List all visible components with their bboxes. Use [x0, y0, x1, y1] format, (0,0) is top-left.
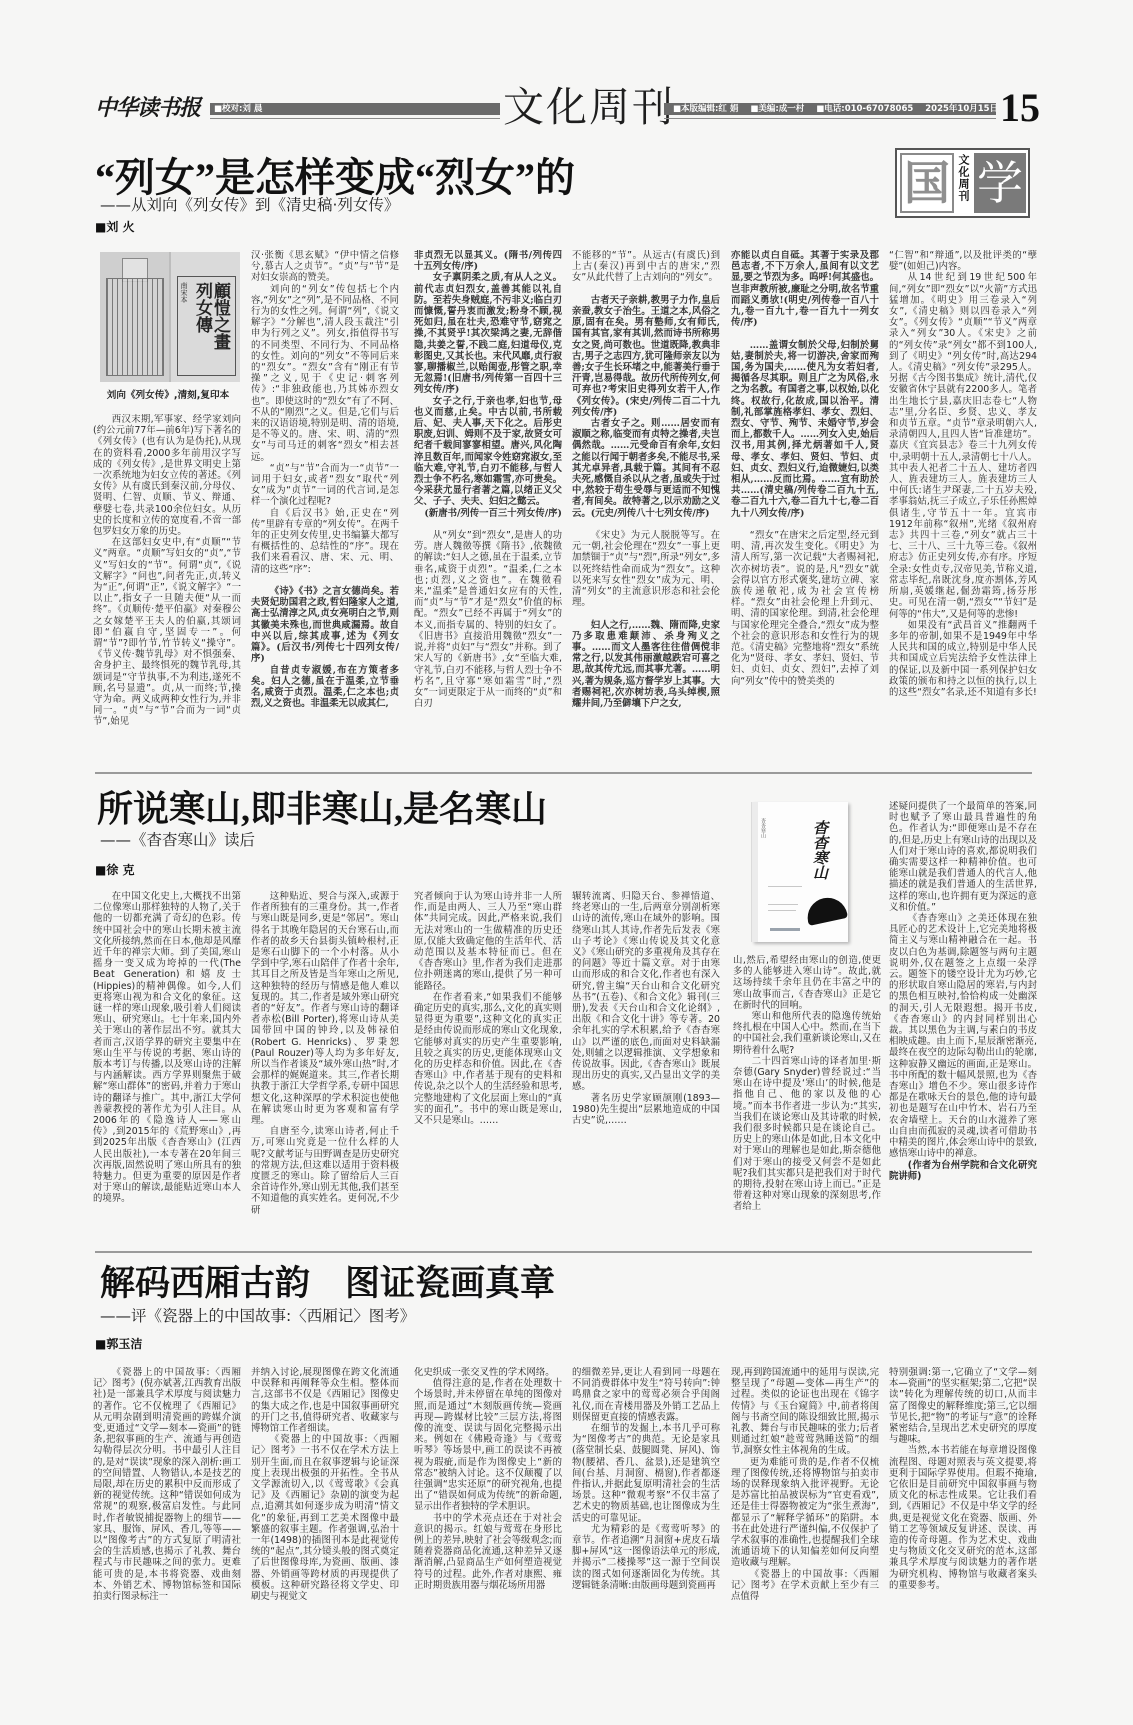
page-number: 15 — [1000, 86, 1040, 130]
paragraph: 更为难能可贵的是,作者不仅梳理了图像传统,还将博物馆与拍卖市场的误释现象纳入批评… — [731, 1457, 879, 1569]
issue-date: 2025年10月15日 — [925, 104, 996, 114]
quoted-preface: 女子之行,于亲也孝,妇也节,母也义而慈,止矣。中古以前,书所载后、妃、夫人事,天… — [414, 396, 562, 508]
paragraph: 从14世纪到19世纪500年间,“列女”即“烈女”以“火箭”方式迅猛增加。《明史… — [889, 272, 1037, 619]
paragraph: 的细微差异,更让人看到同一母题在不同消费群体中发生“符号转向”:钟鸣鼎食之家中的… — [572, 1367, 720, 1423]
logo-guo-char: 国 — [900, 153, 954, 213]
book-cover-title: 杳杳寒山 — [812, 820, 828, 880]
paragraph: 在作者看来,“如果我们不能够确定历史的真实,那么,文化的真实则显得更为重要”,这… — [414, 992, 562, 1126]
cover-text-line — [768, 886, 802, 887]
phone-credit: ■电话:010-67078065 — [816, 104, 913, 114]
article-1-column-5: 亦能以贞白自砥。其著于实录及郡邑志者,不下万余人,虽间有以文艺显,要之节烈为多。… — [731, 250, 879, 758]
paragraph: 从“列女”到“烈女”,是唐人的功劳。唐人魏徵等撰《隋书》,依魏徵的解读:“妇人之… — [414, 530, 562, 709]
article-2-subtitle: ——《杳杳寒山》读后 — [100, 831, 255, 849]
article-2-column-3: 究者倾向于认为寒山诗并非一人所作,而是由两人、三人乃至“寒山群体”共同完成。因此… — [414, 891, 562, 1235]
header-rule-right — [664, 118, 996, 119]
article-1-column-3: 非贞烈无以显其义。(隋书/列传四十五列女传/序) 女子禀阴柔之质,有从人之义。前… — [414, 250, 562, 758]
quoted-preface: 女子禀阴柔之质,有从人之义。前代志贞妇烈女,盖善其能以礼自防。至若失身贼庭,不污… — [414, 272, 562, 395]
article-1-title: “列女”是怎样变成“烈女”的 — [95, 156, 575, 200]
paragraph: 汉·张衡《思玄赋》“伊中情之信修兮,慕古人之贞节”。“贞”与“节”是对妇女崇高的… — [251, 250, 399, 284]
paragraph: 并纳入讨论,展现图像在跨文化流通中误释和再阐释等众生相。整体而言,这部书不仅是《… — [251, 1367, 399, 1434]
paragraph: 如果没有“武昌首义”推翻两千多年的帝制,如果不是1949年中华人民共和国的成立,… — [889, 620, 1037, 698]
paragraph: 辗转流离、归隐天台、参禅悟道、终老寒山的一生,后两章分别剖析寒山诗的流传,寒山在… — [572, 891, 720, 1093]
paragraph: 书中的学术亮点还在于对社会意识的揭示。红娘与莺莺在身形比例上的差异,映射了社会等… — [414, 1513, 562, 1591]
section-title: 文化周刊 — [503, 84, 675, 130]
article-1-column-2: 汉·张衡《思玄赋》“伊中情之信修兮,慕古人之贞节”。“贞”与“节”是对妇女崇高的… — [251, 250, 399, 758]
book-cover-image: 杳杳寒山 杳杳寒山 — [752, 802, 848, 942]
paragraph: 尤为精彩的是《莺莺听琴》的章节。作者追溯“月洞窗+虎皮石墙脚+屏风”这一图像语法… — [572, 1524, 720, 1591]
editor-credit: ■本版编辑:红 娟 — [673, 104, 738, 114]
paragraph: “仁智”和“辩通”,以及批评类的“孽嬖”(如妲己)内容。 — [889, 250, 1037, 272]
article-divider-1 — [95, 772, 1032, 774]
book-right-page: 顧愷之畫 列女傳 南宋本 — [171, 252, 240, 382]
quoted-preface: 妇人之行,……魏、隋而降,史家乃多取患难颠沛、杀身殉义之事。……而文人墨客往往借… — [572, 620, 720, 710]
page-title-2: 列女傳 — [193, 282, 211, 333]
quoted-preface: 古者天子亲耕,教男子力作,皇后亲蚕,教女子治生。王道之本,风俗之原,固有在矣。男… — [572, 295, 720, 418]
article-1-subtitle: ——从刘向《列女传》到《清史稿·列女传》 — [100, 196, 399, 214]
paragraph: 特别强调:第一,它确立了“文学—刻本—瓷画”的坚实框架;第二,它把“误读”转化为… — [889, 1367, 1037, 1445]
paragraph: 在细节的发掘上,本书几乎可称为“图像考古”的典范。无论是家具(落堂制长桌、鼓腿圆… — [572, 1423, 720, 1524]
quoted-preface: 亦能以贞白自砥。其著于实录及郡邑志者,不下万余人,虽间有以文艺显,要之节烈为多。… — [731, 250, 879, 328]
paragraph: 刘向的“列女”传包括七个内容,“列女”之“列”,是不同品格、不同行为的女性之列。… — [251, 284, 399, 463]
article-2-column-1: 在中国文化史上,大概找不出第二位像寒山那样独特的人物了,关于他的一切都充满了奇幻… — [93, 891, 241, 1235]
article-3-subtitle: ——评《瓷器上的中国故事:〈西厢记〉图考》 — [100, 1307, 415, 1325]
quote-source: (新唐书/列传一百三十列女传/序) — [414, 508, 562, 519]
quoted-preface: ……盖谓女制於父母,妇制於舅姑,妻制於夫,将一切游决,舍家而殉国,务为国夫,……… — [731, 340, 879, 519]
paragraph: “烈女”在唐宋之后定型,经元到明、清,再次发生变化。《明史》为清人所写,第一次记… — [731, 530, 879, 687]
article-divider-2 — [95, 1251, 1032, 1253]
header-rule-left — [210, 118, 500, 119]
page-note: 南宋本 — [180, 282, 188, 303]
paragraph: 二十四首寒山诗的译者加里·斯奈德(Gary Snyder)曾经说过:“当寒山在诗… — [733, 1056, 881, 1213]
page-text-block — [106, 278, 164, 376]
article-3-column-4: 的细微差异,更让人看到同一母题在不同消费群体中发生“符号转向”:钟鸣鼎食之家中的… — [572, 1367, 720, 1619]
paragraph: 《瓷器上的中国故事:〈西厢记〉图考》一书不仅在学术方法上别开生面,而且在叙事逻辑… — [251, 1434, 399, 1602]
paragraph: 究者倾向于认为寒山诗并非一人所作,而是由两人、三人乃至“寒山群体”共同完成。因此… — [414, 891, 562, 992]
paragraph: 山,然后,希望经由寒山的创造,使更多的人能够进入寒山诗”。故此,就这场持续千余年… — [733, 955, 881, 1011]
book-spine-title: 杳杳寒山 — [760, 818, 767, 838]
cover-text-line — [768, 904, 798, 905]
article-2-column-5: 山,然后,希望经由寒山的创造,使更多的人能够进入寒山诗”。故此,就这场持续千余年… — [733, 955, 881, 1235]
paragraph: 在中国文化史上,大概找不出第二位像寒山那样独特的人物了,关于他的一切都充满了奇幻… — [93, 891, 241, 1205]
article-3-title: 解码西厢古韵 图证瓷画真章 — [100, 1264, 555, 1304]
quoted-preface: 古者女子之。则……居安而有淑顺之称,临变而有贞特之操者,夫岂偶然哉。……元受命百… — [572, 418, 720, 519]
article-2-column-6: 述疑问提供了一个最简单的答案,同时也赋予了寒山最具普遍性的角色。作者认为:“即便… — [889, 801, 1037, 1235]
paragraph: 《宋史》为元人脱脱等写。在元一朝,社会伦理在“烈女”一事上更加禁锢于“贞”与“烈… — [572, 530, 720, 608]
article-1-image-caption: 刘向《列女传》,清刻,复印本 — [93, 387, 243, 401]
page-title-1: 顧愷之畫 — [211, 282, 229, 350]
paragraph: 著名历史学家顾颉刚(1893—1980)先生提出“层累地造成的中国古史”说,…… — [572, 1093, 720, 1127]
book-left-page — [100, 252, 169, 382]
paragraph: 当然,本书若能在每章增设图像流程图、母题对照表与英文提要,将更利于国际学界使用。… — [889, 1445, 1037, 1591]
masthead-logo: 中华读书报 — [95, 91, 200, 122]
article-2-byline: ■徐 克 — [95, 861, 135, 878]
quoted-preface: 《诗》《书》之言女德尚矣。若夫贤妃助国君之政,哲妇隆家人之道,高士弘清淳之风,贞… — [251, 586, 399, 664]
paragraph: 述疑问提供了一个最简单的答案,同时也赋予了寒山最具普遍性的角色。作者认为:“即便… — [889, 801, 1037, 913]
proofreader-bar: ■校对:刘 晨 — [210, 103, 500, 115]
article-1-byline: ■刘 火 — [95, 218, 135, 235]
paragraph: 寒山和他所代表的隐逸传统始终扎根在中国人心中。然而,在当下的中国社会,我们重新谈… — [733, 1011, 881, 1056]
cold-rock-cutout — [804, 894, 848, 926]
paragraph: “贞”与“节”合而为一“贞节”一词用于妇女,或者“烈女”取代“列女”成为“贞节”… — [251, 463, 399, 508]
guoxue-section-logo: 国 文化周刊 学 — [895, 148, 1030, 218]
paragraph: 这种贴近、契合与深入,或源于作者所独有的三重身份。其一,作者与寒山既是同乡,更是… — [251, 891, 399, 1126]
paragraph: 值得注意的是,作者在处理数十个场景时,并未停留在单纯的图像对照,而是通过“木刻版… — [414, 1378, 562, 1512]
article-3-byline: ■郭玉洁 — [95, 1335, 142, 1352]
credits-bar: ■本版编辑:红 娟 ■美编:成一村 ■电话:010-67078065 2025年… — [664, 103, 996, 115]
quoted-preface: 自昔贞专淑媛,布在方策者多矣。妇人之德,虽在于温柔,立节垂名,咸资于贞烈。温柔,… — [251, 665, 399, 710]
liexuzhuan-book-image: 顧愷之畫 列女傳 南宋本 — [100, 252, 240, 382]
paragraph: 自唐至今,读寒山诗者,何止千万,可寒山究竟是一位什么样的人呢?文献考证与田野调查… — [251, 1126, 399, 1216]
paragraph: 《瓷器上的中国故事:〈西厢记〉图考》在学术贡献上至少有三点值得 — [731, 1569, 879, 1603]
designer-credit: ■美编:成一村 — [750, 104, 804, 114]
article-3-column-6: 特别强调:第一,它确立了“文学—刻本—瓷画”的坚实框架;第二,它把“误读”转化为… — [889, 1367, 1037, 1619]
article-3-column-3: 化史织成一张交叉性的学术网络。 值得注意的是,作者在处理数十个场景时,并未停留在… — [414, 1367, 562, 1619]
publisher-logo — [770, 928, 800, 931]
article-3-column-1: 《瓷器上的中国故事:〈西厢记〉图考》(倪亦斌著,江西教育出版社)是一部兼具学术厚… — [93, 1367, 241, 1619]
article-2-column-2: 这种贴近、契合与深入,或源于作者所独有的三重身份。其一,作者与寒山既是同乡,更是… — [251, 891, 399, 1235]
paragraph: 现,再到跨国流通中的延用与误读,完整呈现了“母题—变体—再生产”的过程。类似的论… — [731, 1367, 879, 1457]
author-note: (作者为台州学院和合文化研究院讲师) — [889, 1160, 1037, 1182]
paragraph: 《瓷器上的中国故事:〈西厢记〉图考》(倪亦斌著,江西教育出版社)是一部兼具学术厚… — [93, 1367, 241, 1602]
paragraph: 西汉末期,军事家、经学家刘向(约公元前77年—前6年)写下著名的《列女传》(也有… — [93, 414, 241, 537]
cover-text-line — [768, 910, 796, 911]
paragraph: 在这部妇女史中,有“贞顺”“节义”两章。“贞顺”写妇女的“贞”,“节义”写妇女的… — [93, 537, 241, 727]
quoted-preface: 非贞烈无以显其义。(隋书/列传四十五列女传/序) — [414, 250, 562, 272]
article-2-column-4: 辗转流离、归隐天台、参禅悟道、终老寒山的一生,后两章分别剖析寒山诗的流传,寒山在… — [572, 891, 720, 1235]
proofreader-credit: ■校对:刘 晨 — [214, 104, 262, 114]
paragraph: 不能移的“节”。从远古(有虞氏)到上古(秦汉)再到中古的唐宋,“烈女”从此代替了… — [572, 250, 720, 284]
paragraph: 自《后汉书》始,正史在“列传”里辟有专章的“列女传”。在两千年的正史列女传里,史… — [251, 508, 399, 575]
article-3-column-5: 现,再到跨国流通中的延用与误读,完整呈现了“母题—变体—再生产”的过程。类似的论… — [731, 1367, 879, 1619]
article-1-column-6: “仁智”和“辩通”,以及批评类的“孽嬖”(如妲己)内容。 从14世纪到19世纪5… — [889, 250, 1037, 758]
article-1-column-4: 不能移的“节”。从远古(有虞氏)到上古(秦汉)再到中古的唐宋,“烈女”从此代替了… — [572, 250, 720, 758]
paragraph: 化史织成一张交叉性的学术网络。 — [414, 1367, 562, 1378]
paragraph: 《杳杳寒山》之美还体现在独具匠心的艺术设计上,它完美地将极简主义与寒山精神融合在… — [889, 913, 1037, 1159]
article-1-column-1: 西汉末期,军事家、经学家刘向(约公元前77年—前6年)写下著名的《列女传》(也有… — [93, 414, 241, 758]
article-3-column-2: 并纳入讨论,展现图像在跨文化流通中误释和再阐释等众生相。整体而言,这部书不仅是《… — [251, 1367, 399, 1619]
article-2-title: 所说寒山,即非寒山,是名寒山 — [97, 789, 547, 829]
logo-xue-char: 学 — [974, 153, 1026, 213]
logo-vertical-text: 文化周刊 — [957, 154, 971, 214]
